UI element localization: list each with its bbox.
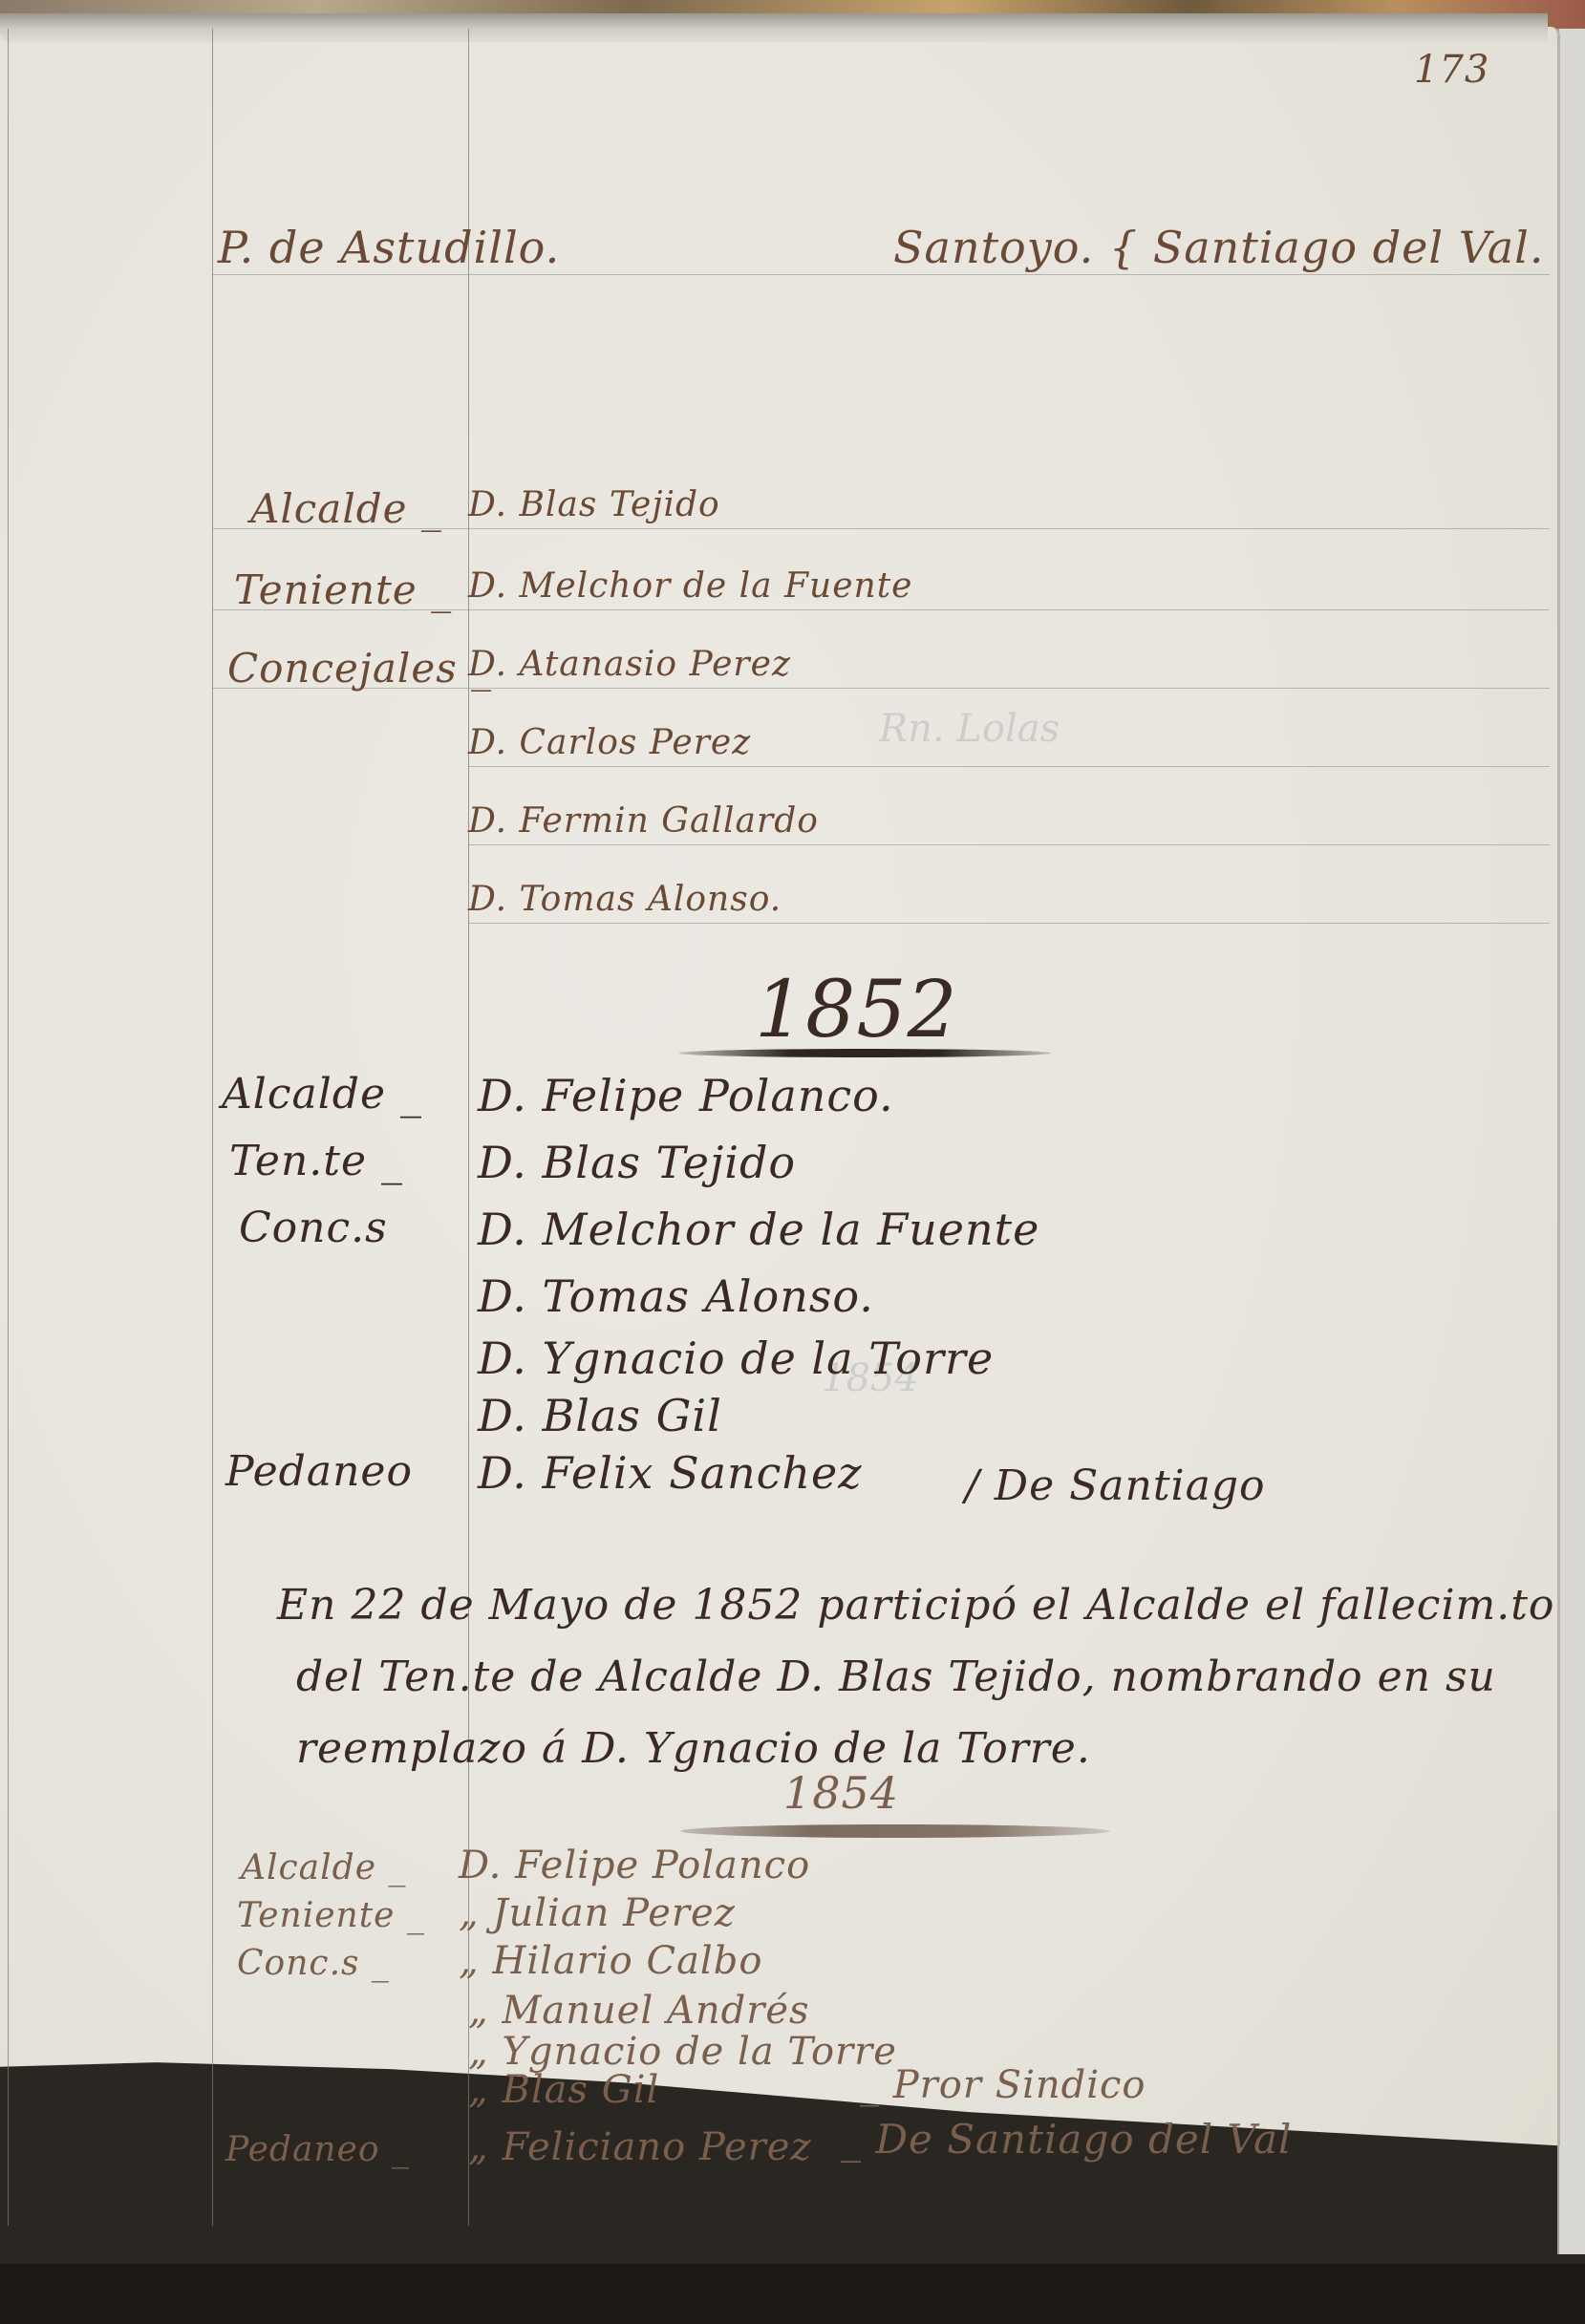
office-note: _ Pror Sindico (860, 2063, 1146, 2107)
role-label: Teniente _ (237, 1896, 425, 1935)
official-name: D. Tomas Alonso. (478, 1270, 874, 1322)
page-top-curl (0, 13, 1548, 42)
note-line: En 22 de Mayo de 1852 participó el Alcal… (277, 1581, 1554, 1630)
role-label: Concejales _ (227, 645, 492, 692)
header-right-places: Santoyo. { Santiago del Val. (893, 222, 1544, 273)
official-name: „ Blas Gil (468, 2068, 659, 2112)
margin-rule-left (212, 29, 213, 2226)
official-name: D. Melchor de la Fuente (468, 566, 912, 606)
year-underline (680, 1824, 1110, 1838)
bleed-through-text: Rn. Lolas (879, 707, 1060, 751)
row-rule (468, 766, 1550, 767)
note-line: reemplazo á D. Ygnacio de la Torre. (296, 1724, 1091, 1773)
official-name: D. Melchor de la Fuente (478, 1204, 1039, 1255)
row-rule (468, 844, 1550, 845)
official-name: „ Julian Perez (459, 1891, 736, 1935)
role-label: Alcalde _ (250, 485, 442, 532)
note-line: del Ten.te de Alcalde D. Blas Tejido, no… (296, 1652, 1496, 1701)
role-label: Conc.s (239, 1204, 388, 1252)
adjacent-page-edge (1557, 29, 1585, 2254)
year-heading-1854: 1854 (783, 1767, 899, 1819)
scan-background-shadow (0, 2264, 1585, 2324)
official-name: D. Blas Tejido (478, 1137, 796, 1188)
official-name: D. Felix Sanchez (478, 1447, 863, 1499)
header-left-place: P. de Astudillo. (218, 222, 560, 273)
header-rule (212, 274, 1550, 275)
role-label: Conc.s _ (237, 1944, 390, 1983)
residence-note: _ De Santiago del Val (841, 2116, 1292, 2163)
role-label: Teniente _ (234, 566, 452, 613)
role-label: Alcalde _ (241, 1848, 406, 1887)
residence-note: / De Santiago (965, 1461, 1265, 1510)
row-rule (468, 923, 1550, 924)
official-name: „ Manuel Andrés (468, 1989, 810, 2033)
official-name: D. Felipe Polanco. (478, 1070, 894, 1121)
role-label: Pedaneo _ (225, 2130, 410, 2169)
folio-number: 173 (1414, 48, 1489, 92)
official-name: D. Atanasio Perez (468, 645, 791, 684)
official-name: D. Felipe Polanco (459, 1844, 810, 1887)
official-name: D. Blas Tejido (468, 485, 720, 524)
role-label: Pedaneo (225, 1447, 413, 1496)
role-label: Alcalde _ (222, 1070, 422, 1119)
official-name: D. Fermin Gallardo (468, 801, 819, 841)
official-name: D. Carlos Perez (468, 723, 751, 762)
official-name: D. Blas Gil (478, 1390, 722, 1441)
page-edge-rule (8, 29, 9, 2226)
role-label: Ten.te _ (229, 1137, 403, 1185)
official-name: D. Ygnacio de la Torre (478, 1333, 994, 1384)
official-name: „ Hilario Calbo (459, 1939, 762, 1983)
year-underline (678, 1049, 1051, 1057)
official-name: D. Tomas Alonso. (468, 880, 782, 919)
official-name: „ Feliciano Perez (468, 2125, 812, 2169)
year-heading-1852: 1852 (755, 965, 958, 1055)
